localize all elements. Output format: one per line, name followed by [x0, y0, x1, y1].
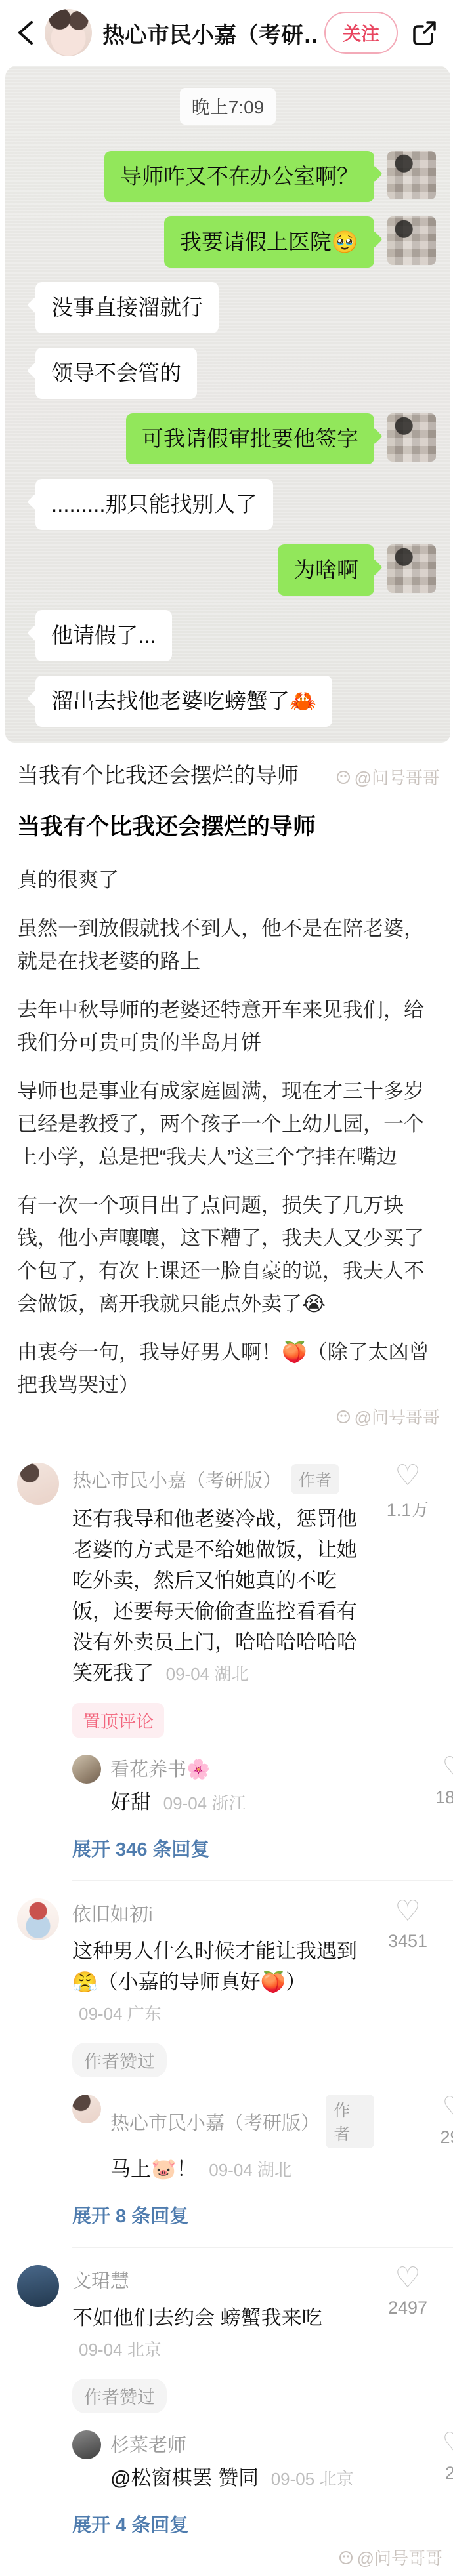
reply-date-location: 09-04 浙江: [163, 1793, 246, 1813]
chat-bubble-incoming: 他请假了...: [35, 610, 172, 661]
back-chevron-icon: [14, 17, 37, 49]
reply-text: @松窗棋罢 赞同 09-05 北京: [110, 2464, 374, 2493]
image-caption-row: 当我有个比我还会摆烂的导师 @问号哥哥: [0, 743, 453, 789]
comment-list: 热心市民小嘉（考研版） 作者 还有我导和他老婆冷战，惩罚他老婆的方式是不给她做饭…: [0, 1446, 453, 2541]
chat-message-row: 为啥啊: [20, 544, 436, 596]
post-paragraph: 真的很爽了: [17, 864, 437, 897]
post-footer: @问号哥哥: [0, 1402, 453, 1429]
comment-reply: 杉菜老师 @松窗棋罢 赞同 09-05 北京 ♡ 26: [72, 2430, 437, 2493]
commenter-avatar[interactable]: [17, 1463, 59, 1505]
expand-replies-link[interactable]: 展开 346 条回复: [72, 1835, 437, 1862]
comment-like-button[interactable]: ♡ 2497: [379, 2264, 436, 2318]
heart-icon: ♡: [427, 1753, 453, 1782]
reply-avatar[interactable]: [72, 2430, 101, 2459]
chat-message-row: .........那只能找别人了: [20, 479, 436, 530]
reply-avatar[interactable]: [72, 2095, 101, 2123]
chat-bubble-outgoing: 我要请假上医院🥹: [164, 216, 374, 268]
chat-message-row: 没事直接溜就行: [20, 282, 436, 333]
comment: 文珺慧 不如他们去约会 螃蟹我来吃 09-04 北京 作者赞过 杉菜老师 @松窗…: [0, 2248, 453, 2541]
profile-avatar[interactable]: [45, 9, 92, 56]
watermark: @问号哥哥: [336, 765, 440, 789]
reply-main: 看花养书🌸 好甜 09-04 浙江: [110, 1755, 374, 1818]
reply-like-count: 26: [427, 2463, 453, 2484]
post-body: 真的很爽了 虽然一到放假就找不到人，他不是在陪老婆，就是在找老婆的路上 去年中秋…: [0, 842, 453, 1402]
comment-like-count: 3451: [379, 1931, 436, 1952]
reply-avatar[interactable]: [72, 1755, 101, 1784]
chat-screenshot-image[interactable]: 晚上7:09 导师咋又不在办公室啊？ 我要请假上医院🥹 没事直接溜就行 领导不会…: [5, 66, 450, 743]
author-badge: 作者: [291, 1464, 339, 1494]
footer-watermark-row: @问号哥哥: [0, 2541, 453, 2576]
pixelated-avatar: [387, 544, 436, 593]
comment: 热心市民小嘉（考研版） 作者 还有我导和他老婆冷战，惩罚他老婆的方式是不给她做饭…: [0, 1446, 453, 1866]
post-paragraph: 由衷夸一句，我导好男人啊！🍑（除了太凶曾把我骂哭过）: [17, 1336, 437, 1402]
share-button[interactable]: [410, 18, 439, 47]
watermark-logo-icon: [336, 770, 351, 785]
watermark-text: @问号哥哥: [355, 1404, 440, 1429]
back-button[interactable]: [14, 17, 41, 49]
comment-text-content: 不如他们去约会 螃蟹我来吃: [72, 2306, 322, 2329]
post-paragraph: 导师也是事业有成家庭圆满，现在才三十多岁已经是教授了，两个孩子一个上幼儿园，一个…: [17, 1075, 437, 1174]
chat-bubble-outgoing: 为啥啊: [278, 544, 374, 596]
reply-text: 马上🐷！ 09-04 湖北: [110, 2155, 374, 2184]
expand-replies-link[interactable]: 展开 4 条回复: [72, 2510, 437, 2537]
comment-like-count: 1.1万: [379, 1496, 436, 1521]
comment-like-button[interactable]: ♡ 1.1万: [379, 1462, 436, 1521]
reply-user-name[interactable]: 热心市民小嘉（考研版）: [110, 2108, 318, 2135]
post-paragraph: 去年中秋导师的老婆还特意开车来见我们，给我们分可贵可贵的半岛月饼: [17, 994, 437, 1059]
expand-replies-link[interactable]: 展开 8 条回复: [72, 2201, 437, 2228]
reply-user-name[interactable]: 杉菜老师: [110, 2430, 186, 2457]
comment: 依旧如初i 这种男人什么时候才能让我遇到😤（小嘉的导师真好🍑） 09-04 广东…: [0, 1881, 453, 2232]
reply-main: 杉菜老师 @松窗棋罢 赞同 09-05 北京: [110, 2430, 374, 2493]
chat-bubble-incoming: 没事直接溜就行: [35, 282, 219, 333]
heart-icon: ♡: [379, 1897, 436, 1926]
commenter-name[interactable]: 依旧如初i: [72, 1900, 152, 1927]
watermark-logo-icon: [336, 1410, 351, 1424]
reply-user-row: 看花养书🌸: [110, 1755, 374, 1782]
chat-message-row: 他请假了...: [20, 610, 436, 661]
chat-bubble-incoming: 领导不会管的: [35, 348, 197, 399]
author-liked-badge: 作者赞过: [72, 2043, 167, 2077]
profile-name: 热心市民小嘉（考研…: [102, 17, 319, 49]
pinned-comment-badge: 置顶评论: [72, 1703, 164, 1738]
reply-like-button[interactable]: ♡ 1843: [427, 1753, 453, 1808]
comment-like-count: 2497: [379, 2298, 436, 2318]
chat-message-row: 导师咋又不在办公室啊？: [20, 151, 436, 202]
image-caption: 当我有个比我还会摆烂的导师: [17, 758, 299, 789]
comment-like-button[interactable]: ♡ 3451: [379, 1897, 436, 1952]
reply-user-row: 热心市民小嘉（考研版） 作者: [110, 2095, 374, 2148]
comment-main: 热心市民小嘉（考研版） 作者 还有我导和他老婆冷战，惩罚他老婆的方式是不给她做饭…: [72, 1463, 437, 1862]
reply-like-count: 292: [427, 2127, 453, 2148]
reply-user-row: 杉菜老师: [110, 2430, 374, 2457]
reply-text-content: 好甜: [110, 1791, 151, 1814]
comment-date-location: 09-04 广东: [79, 2004, 162, 2024]
chat-message-row: 领导不会管的: [20, 348, 436, 399]
comment-text-content: 这种男人什么时候才能让我遇到😤（小嘉的导师真好🍑）: [72, 1940, 357, 1993]
reply-date-location: 09-04 湖北: [209, 2160, 291, 2180]
chat-bubble-outgoing: 导师咋又不在办公室啊？: [104, 151, 374, 202]
author-badge: 作者: [326, 2095, 374, 2148]
heart-icon: ♡: [427, 2429, 453, 2458]
follow-button[interactable]: 关注: [324, 12, 398, 54]
reply-text-content: 马上🐷！: [110, 2157, 197, 2180]
author-liked-badge: 作者赞过: [72, 2379, 167, 2413]
commenter-name[interactable]: 文珺慧: [72, 2266, 129, 2293]
reply-date-location: 09-05 北京: [271, 2469, 354, 2489]
heart-icon: ♡: [379, 2264, 436, 2293]
share-icon: [410, 18, 439, 47]
watermark: @问号哥哥: [336, 1404, 440, 1429]
chat-time-row: 晚上7:09: [20, 88, 436, 125]
top-bar: 热心市民小嘉（考研… 关注: [0, 0, 453, 66]
post-paragraph: 虽然一到放假就找不到人，他不是在陪老婆，就是在找老婆的路上: [17, 912, 437, 978]
reply-user-name[interactable]: 看花养书🌸: [110, 1755, 210, 1782]
watermark-logo-icon: [339, 2550, 353, 2565]
comment-date-location: 09-04 湖北: [166, 1664, 249, 1684]
reply-main: 热心市民小嘉（考研版） 作者 马上🐷！ 09-04 湖北: [110, 2095, 374, 2184]
comment-text: 还有我导和他老婆冷战，惩罚他老婆的方式是不给她做饭，让她吃外卖，然后又怕她真的不…: [72, 1503, 437, 1690]
comment-reply: 看花养书🌸 好甜 09-04 浙江 ♡ 1843: [72, 1755, 437, 1818]
chat-message-row: 我要请假上医院🥹: [20, 216, 436, 268]
chat-message-row: 可我请假审批要他签字: [20, 413, 436, 464]
chat-bubble-outgoing: 可我请假审批要他签字: [126, 413, 374, 464]
watermark-text: @问号哥哥: [355, 765, 440, 789]
watermark: @问号哥哥: [339, 2545, 442, 2569]
reply-like-button[interactable]: ♡ 292: [427, 2093, 453, 2148]
commenter-avatar[interactable]: [17, 2265, 59, 2307]
watermark-text: @问号哥哥: [357, 2545, 442, 2569]
chat-bubble-incoming: .........那只能找别人了: [35, 479, 273, 530]
reply-text-content: @松窗棋罢 赞同: [110, 2466, 259, 2489]
comment-reply: 热心市民小嘉（考研版） 作者 马上🐷！ 09-04 湖北 ♡ 292: [72, 2095, 437, 2184]
post-title: 当我有个比我还会摆烂的导师: [17, 809, 436, 842]
chat-timestamp: 晚上7:09: [180, 88, 276, 125]
commenter-name[interactable]: 热心市民小嘉（考研版）: [72, 1466, 282, 1493]
pixelated-avatar: [387, 151, 436, 199]
comment-text-content: 还有我导和他老婆冷战，惩罚他老婆的方式是不给她做饭，让她吃外卖，然后又怕她真的不…: [72, 1507, 357, 1685]
reply-text: 好甜 09-04 浙江: [110, 1788, 374, 1818]
pixelated-avatar: [387, 413, 436, 462]
reply-like-button[interactable]: ♡ 26: [427, 2429, 453, 2484]
pixelated-avatar: [387, 216, 436, 265]
comment-date-location: 09-04 北京: [79, 2340, 162, 2360]
heart-icon: ♡: [427, 2093, 453, 2122]
chat-message-row: 溜出去找他老婆吃螃蟹了🦀: [20, 676, 436, 727]
reply-like-count: 1843: [427, 1788, 453, 1808]
post-paragraph: 有一次一个项目出了点问题，损失了几万块钱，他小声嚷嚷，这下糟了，我夫人又少买了个…: [17, 1189, 437, 1320]
heart-icon: ♡: [379, 1462, 436, 1490]
chat-bubble-incoming: 溜出去找他老婆吃螃蟹了🦀: [35, 676, 332, 727]
commenter-avatar[interactable]: [17, 1898, 59, 1940]
